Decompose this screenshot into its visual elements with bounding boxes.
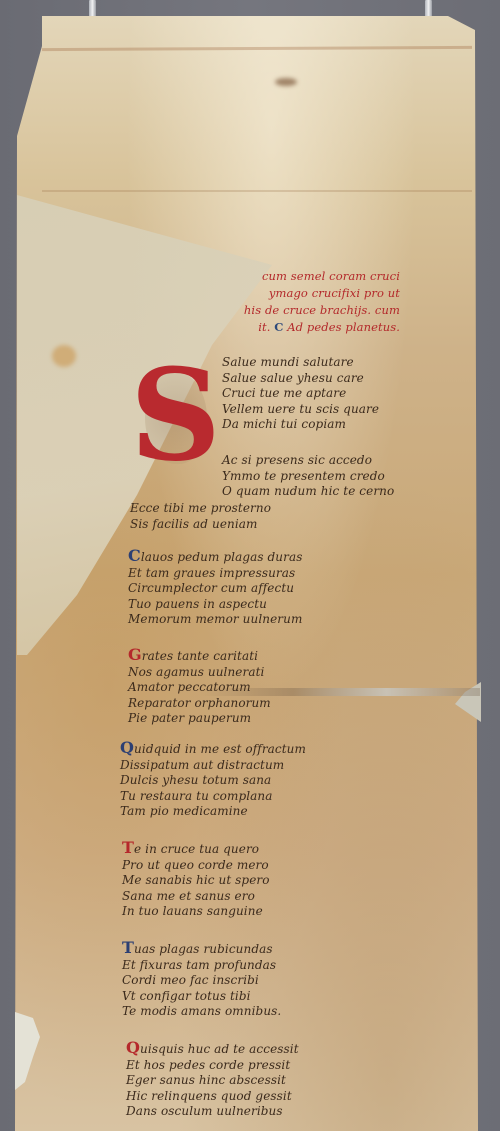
verse-line: Cruci tue me aptare [222, 386, 379, 402]
stanza-1: Salue mundi salutare Salue salue yhesu c… [222, 355, 379, 433]
ink-smudge [275, 78, 297, 86]
stanza-3: Clauos pedum plagas duras Et tam graues … [128, 548, 303, 628]
stanza-initial: T [122, 838, 134, 857]
stanza-6: Te in cruce tua quero Pro ut queo corde … [122, 840, 270, 920]
verse-line: Sana me et sanus ero [122, 889, 270, 905]
verse-line: Circumplector cum affectu [128, 581, 303, 597]
verse-line: Tam pio medicamine [120, 804, 306, 820]
stanza-2: Ac si presens sic accedo Ymmo te present… [222, 453, 394, 500]
stanza-5: Quidquid in me est offractum Dissipatum … [120, 740, 306, 820]
stanza-7: Tuas plagas rubicundas Et fixuras tam pr… [122, 940, 281, 1020]
verse-line: Da michi tui copiam [222, 417, 379, 433]
verse-line: Tu restaura tu complana [120, 789, 306, 805]
verse-line: Salue mundi salutare [222, 355, 379, 371]
rubric-line-rest: Ad pedes planetus. [287, 320, 400, 334]
verse-line: In tuo lauans sanguine [122, 904, 270, 920]
stanza-4: Grates tante caritati Nos agamus uulnera… [128, 647, 271, 727]
verse-text: uidquid in me est offractum [134, 742, 306, 756]
verse-text: e in cruce tua quero [134, 842, 259, 856]
verse-line: Vellem uere tu scis quare [222, 402, 379, 418]
stain-spot [52, 345, 76, 367]
verse-line: Eger sanus hinc abscessit [126, 1073, 299, 1089]
verse-line: Pie pater pauperum [128, 711, 271, 727]
verse-line: O quam nudum hic te cerno [222, 484, 394, 500]
verse-line: Cordi meo fac inscribi [122, 973, 281, 989]
verse-line: Amator peccatorum [128, 680, 271, 696]
verse-line: Memorum memor uulnerum [128, 612, 303, 628]
stanza-initial: C [128, 546, 141, 565]
verse-line: Hic relinquens quod gessit [126, 1089, 299, 1105]
verse-line: Vt configar totus tibi [122, 989, 281, 1005]
rubric-line: ymago crucifixi pro ut [200, 285, 400, 302]
stanza-initial: Q [126, 1038, 140, 1057]
stanza-initial: T [122, 938, 134, 957]
verse-line: Clauos pedum plagas duras [128, 548, 303, 566]
verse-line: Quisquis huc ad te accessit [126, 1040, 299, 1058]
rubric-line: his de cruce brachijs. cum [200, 302, 400, 319]
verse-line: Nos agamus uulnerati [128, 665, 271, 681]
verse-line: Grates tante caritati [128, 647, 271, 665]
verse-line: Dissipatum aut distractum [120, 758, 306, 774]
verse-line: Ac si presens sic accedo [222, 453, 394, 469]
stanza-2-cont: Ecce tibi me prosterno Sis facilis ad ue… [130, 501, 271, 532]
verse-line: Te in cruce tua quero [122, 840, 270, 858]
verse-line: Et tam graues impressuras [128, 566, 303, 582]
verse-line: Quidquid in me est offractum [120, 740, 306, 758]
verse-line: Me sanabis hic ut spero [122, 873, 270, 889]
verse-text: lauos pedum plagas duras [141, 550, 303, 564]
verse-line: Reparator orphanorum [128, 696, 271, 712]
verse-line: Tuo pauens in aspectu [128, 597, 303, 613]
stanza-initial: Q [120, 738, 134, 757]
verse-line: Tuas plagas rubicundas [122, 940, 281, 958]
large-decorated-initial: S [130, 350, 215, 485]
verse-line: Dulcis yhesu totum sana [120, 773, 306, 789]
verse-line: Ecce tibi me prosterno [130, 501, 271, 517]
fold-line-upper [42, 190, 472, 192]
verse-line: Dans osculum uulneribus [126, 1104, 299, 1120]
rubric-line: cum semel coram cruci [200, 268, 400, 285]
verse-line: Et fixuras tam profundas [122, 958, 281, 974]
rubric-heading: cum semel coram cruci ymago crucifixi pr… [200, 268, 400, 336]
rubric-line: it. C Ad pedes planetus. [200, 319, 400, 336]
stanza-initial: G [128, 645, 142, 664]
verse-line: Ymmo te presentem credo [222, 469, 394, 485]
verse-text: uas plagas rubicundas [134, 942, 273, 956]
stanza-8: Quisquis huc ad te accessit Et hos pedes… [126, 1040, 299, 1120]
blue-initial: C [274, 320, 283, 334]
verse-text: rates tante caritati [142, 649, 258, 663]
verse-text: uisquis huc ad te accessit [140, 1042, 299, 1056]
verse-line: Sis facilis ad ueniam [130, 517, 271, 533]
verse-line: Et hos pedes corde pressit [126, 1058, 299, 1074]
verse-line: Pro ut queo corde mero [122, 858, 270, 874]
verse-line: Te modis amans omnibus. [122, 1004, 281, 1020]
rubric-line-start: it. [258, 320, 270, 334]
verse-line: Salue salue yhesu care [222, 371, 379, 387]
